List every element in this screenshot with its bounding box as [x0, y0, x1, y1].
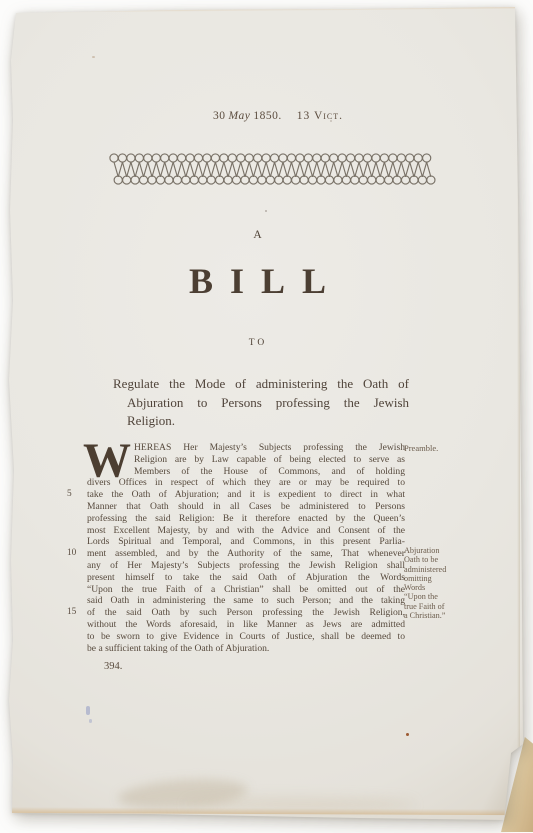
red-foxing-dot [406, 733, 409, 736]
body-line: professing the said Religion: Be it ther… [87, 513, 405, 525]
paper-speck [92, 56, 95, 58]
body-line: Members of the House of Commons, and of … [87, 466, 405, 478]
margin-note-line: Oath to be [404, 555, 472, 564]
heading-preposition: TO [0, 338, 516, 348]
margin-note-line: a Christian.” [404, 611, 472, 620]
heading-article: A [0, 229, 516, 241]
photo-backdrop: 30May1850.13 Vict. A BILL TO Regulate th… [0, 0, 533, 833]
date-year: 1850. [253, 110, 281, 122]
body-line: Religion are by Law capable of being ele… [87, 454, 405, 466]
body-line: HEREAS Her Majesty’s Subjects professing… [87, 442, 405, 454]
margin-note-line: Abjuration [404, 546, 472, 555]
line-number: 5 [67, 489, 83, 501]
page-top-edge [14, 5, 516, 13]
body-line: Lords Spiritual and Temporal, and Common… [87, 536, 405, 548]
margin-note-line: true Faith of [404, 602, 472, 611]
body-line: any of Her Majesty’s Subjects professing… [87, 560, 405, 572]
body-line: divers Offices in respect of which they … [87, 477, 405, 489]
long-title-line: Religion. [113, 412, 409, 431]
stain-bottom-center [185, 797, 415, 812]
long-title-line: Abjuration to Persons professing the Jew… [113, 394, 409, 413]
margin-note-line: “Upon the [404, 592, 472, 601]
margin-note-line: administered [404, 565, 472, 574]
margin-note-abjuration: AbjurationOath to beadministeredomitting… [404, 546, 472, 620]
line-number: 15 [67, 607, 83, 619]
body-line: to be sworn to give Evidence in Courts o… [87, 631, 405, 643]
body-line: Manner that Oath should in all Cases be … [87, 501, 405, 513]
document-date-line: 30May1850.13 Vict. [23, 110, 533, 122]
body-line: without the Words aforesaid, in like Man… [87, 619, 405, 631]
paper-speck [265, 210, 267, 212]
line-number: 10 [67, 548, 83, 560]
body-line: most Excellent Majesty, by and with the … [87, 525, 405, 537]
body-line: 5take the Oath of Abjuration; and it is … [87, 489, 405, 501]
margin-note-line: omitting [404, 574, 472, 583]
margin-note-line: Words [404, 583, 472, 592]
bill-page: 30May1850.13 Vict. A BILL TO Regulate th… [0, 0, 533, 833]
body-line: 10ment assembled, and by the Authority o… [87, 548, 405, 560]
enacting-text: W HEREAS Her Majesty’s Subjects professi… [87, 442, 405, 654]
blue-ink-mark-small [89, 719, 92, 723]
corner-crease-shadow [462, 690, 532, 815]
body-line: 15of the said Oath by such Person profes… [87, 607, 405, 619]
regnal-year: 13 Vict. [297, 110, 343, 122]
blue-ink-mark [86, 706, 90, 715]
long-title-line: Regulate the Mode of administering the O… [113, 375, 409, 394]
bill-number: 394. [104, 661, 122, 672]
decorative-coil-ornament [107, 148, 437, 190]
date-month: May [228, 110, 250, 122]
margin-note-preamble: Preamble. [404, 443, 474, 453]
page-right-edge [517, 8, 520, 748]
body-line: said Oath in administering the same to s… [87, 595, 405, 607]
body-line: be a sufficient taking of the Oath of Ab… [87, 643, 405, 655]
body-line: “Upon the true Faith of a Christian” sha… [87, 584, 405, 596]
page-wrap: 30May1850.13 Vict. A BILL TO Regulate th… [0, 0, 533, 833]
date-day: 30 [213, 110, 226, 122]
bill-title: BILL [8, 262, 524, 300]
long-title: Regulate the Mode of administering the O… [113, 375, 409, 431]
body-line: present himself to take the said Oath of… [87, 572, 405, 584]
